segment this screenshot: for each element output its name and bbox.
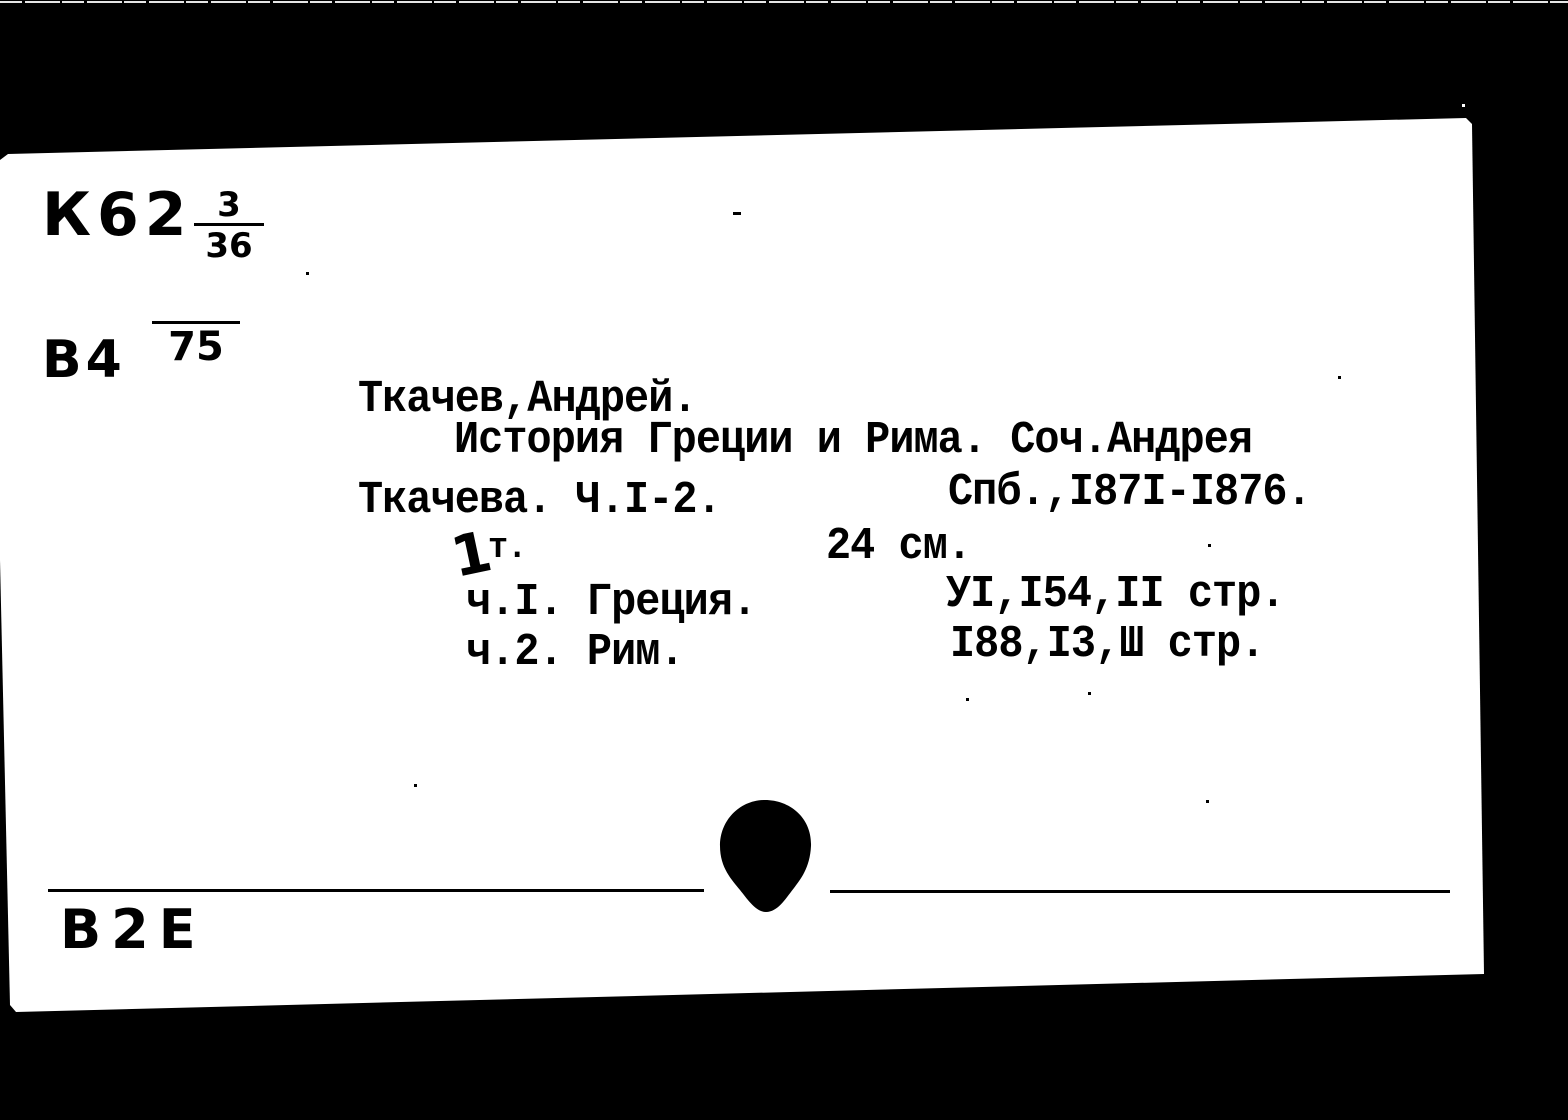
title-line-1: История Греции и Рима. Соч.Андрея <box>454 418 1252 463</box>
speck <box>1208 544 1211 547</box>
speck <box>1338 376 1341 379</box>
title-line-2-left: Ткачева. Ч.I-2. <box>358 478 721 523</box>
speck <box>966 698 969 701</box>
part-1-label: ч.I. Греция. <box>466 580 756 625</box>
speck <box>306 272 309 275</box>
fraction-top: 3 <box>194 188 264 222</box>
speck <box>733 212 741 215</box>
bottom-rule-left <box>48 889 704 892</box>
speck <box>1088 692 1091 695</box>
speck <box>1206 800 1209 803</box>
imprint: Спб.,I87I-I876. <box>948 470 1311 515</box>
part-2-label: ч.2. Рим. <box>466 630 684 675</box>
part-2-pages: I88,I3,Ш стр. <box>950 622 1264 667</box>
size: 24 см. <box>826 524 971 569</box>
card-outline <box>0 0 1568 1120</box>
bottom-shelf-code: В2Е <box>60 898 206 961</box>
part-1-pages: УI,I54,II стр. <box>946 572 1285 617</box>
bottom-rule-right <box>830 890 1450 893</box>
fraction-bottom: 75 <box>152 327 240 367</box>
speck <box>414 784 417 787</box>
speck <box>1462 104 1465 107</box>
fraction-bottom: 36 <box>194 229 264 263</box>
shelfmark-primary-fraction: 3 36 <box>194 188 264 263</box>
shelfmark-secondary-fraction: 75 <box>152 320 240 367</box>
shelfmark-primary-code: К62 <box>42 180 193 250</box>
shelfmark-secondary-code: В4 <box>42 330 126 390</box>
volumes-label: т. <box>488 530 526 566</box>
catalog-card: К62 3 36 В4 75 Ткачев,Андрей. История Гр… <box>0 0 1568 1120</box>
